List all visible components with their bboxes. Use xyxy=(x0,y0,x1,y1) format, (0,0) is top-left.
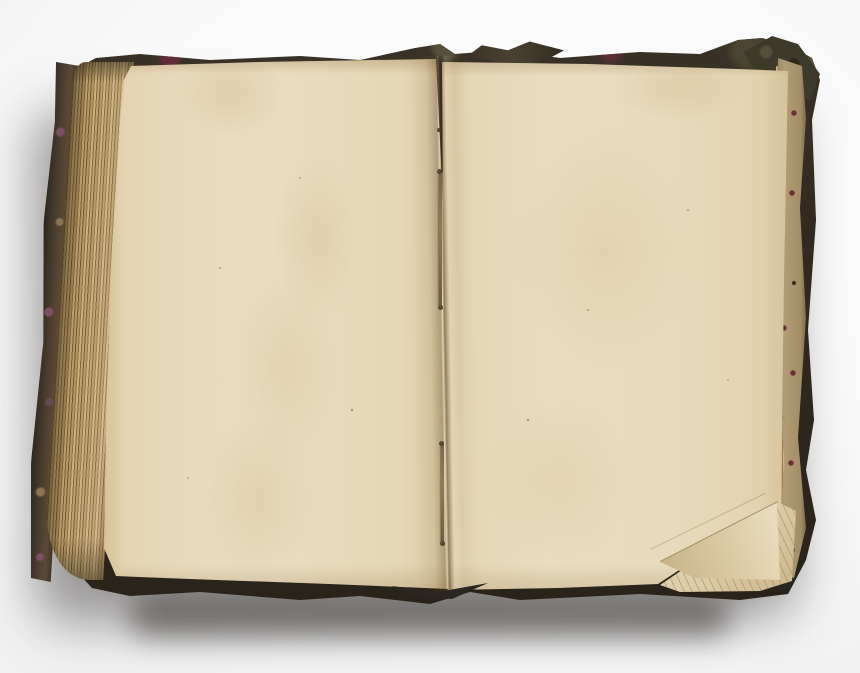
left-page-blank xyxy=(100,58,450,592)
binding-thread-upper xyxy=(439,172,442,308)
binding-knot xyxy=(438,305,443,310)
binding-knot xyxy=(440,541,445,546)
right-page-blank xyxy=(438,60,790,592)
photo-open-book xyxy=(0,0,860,673)
binding-thread-lower xyxy=(441,444,444,544)
binding-knot xyxy=(437,169,442,174)
binding-knot xyxy=(439,441,444,446)
binding-knot xyxy=(437,128,441,132)
